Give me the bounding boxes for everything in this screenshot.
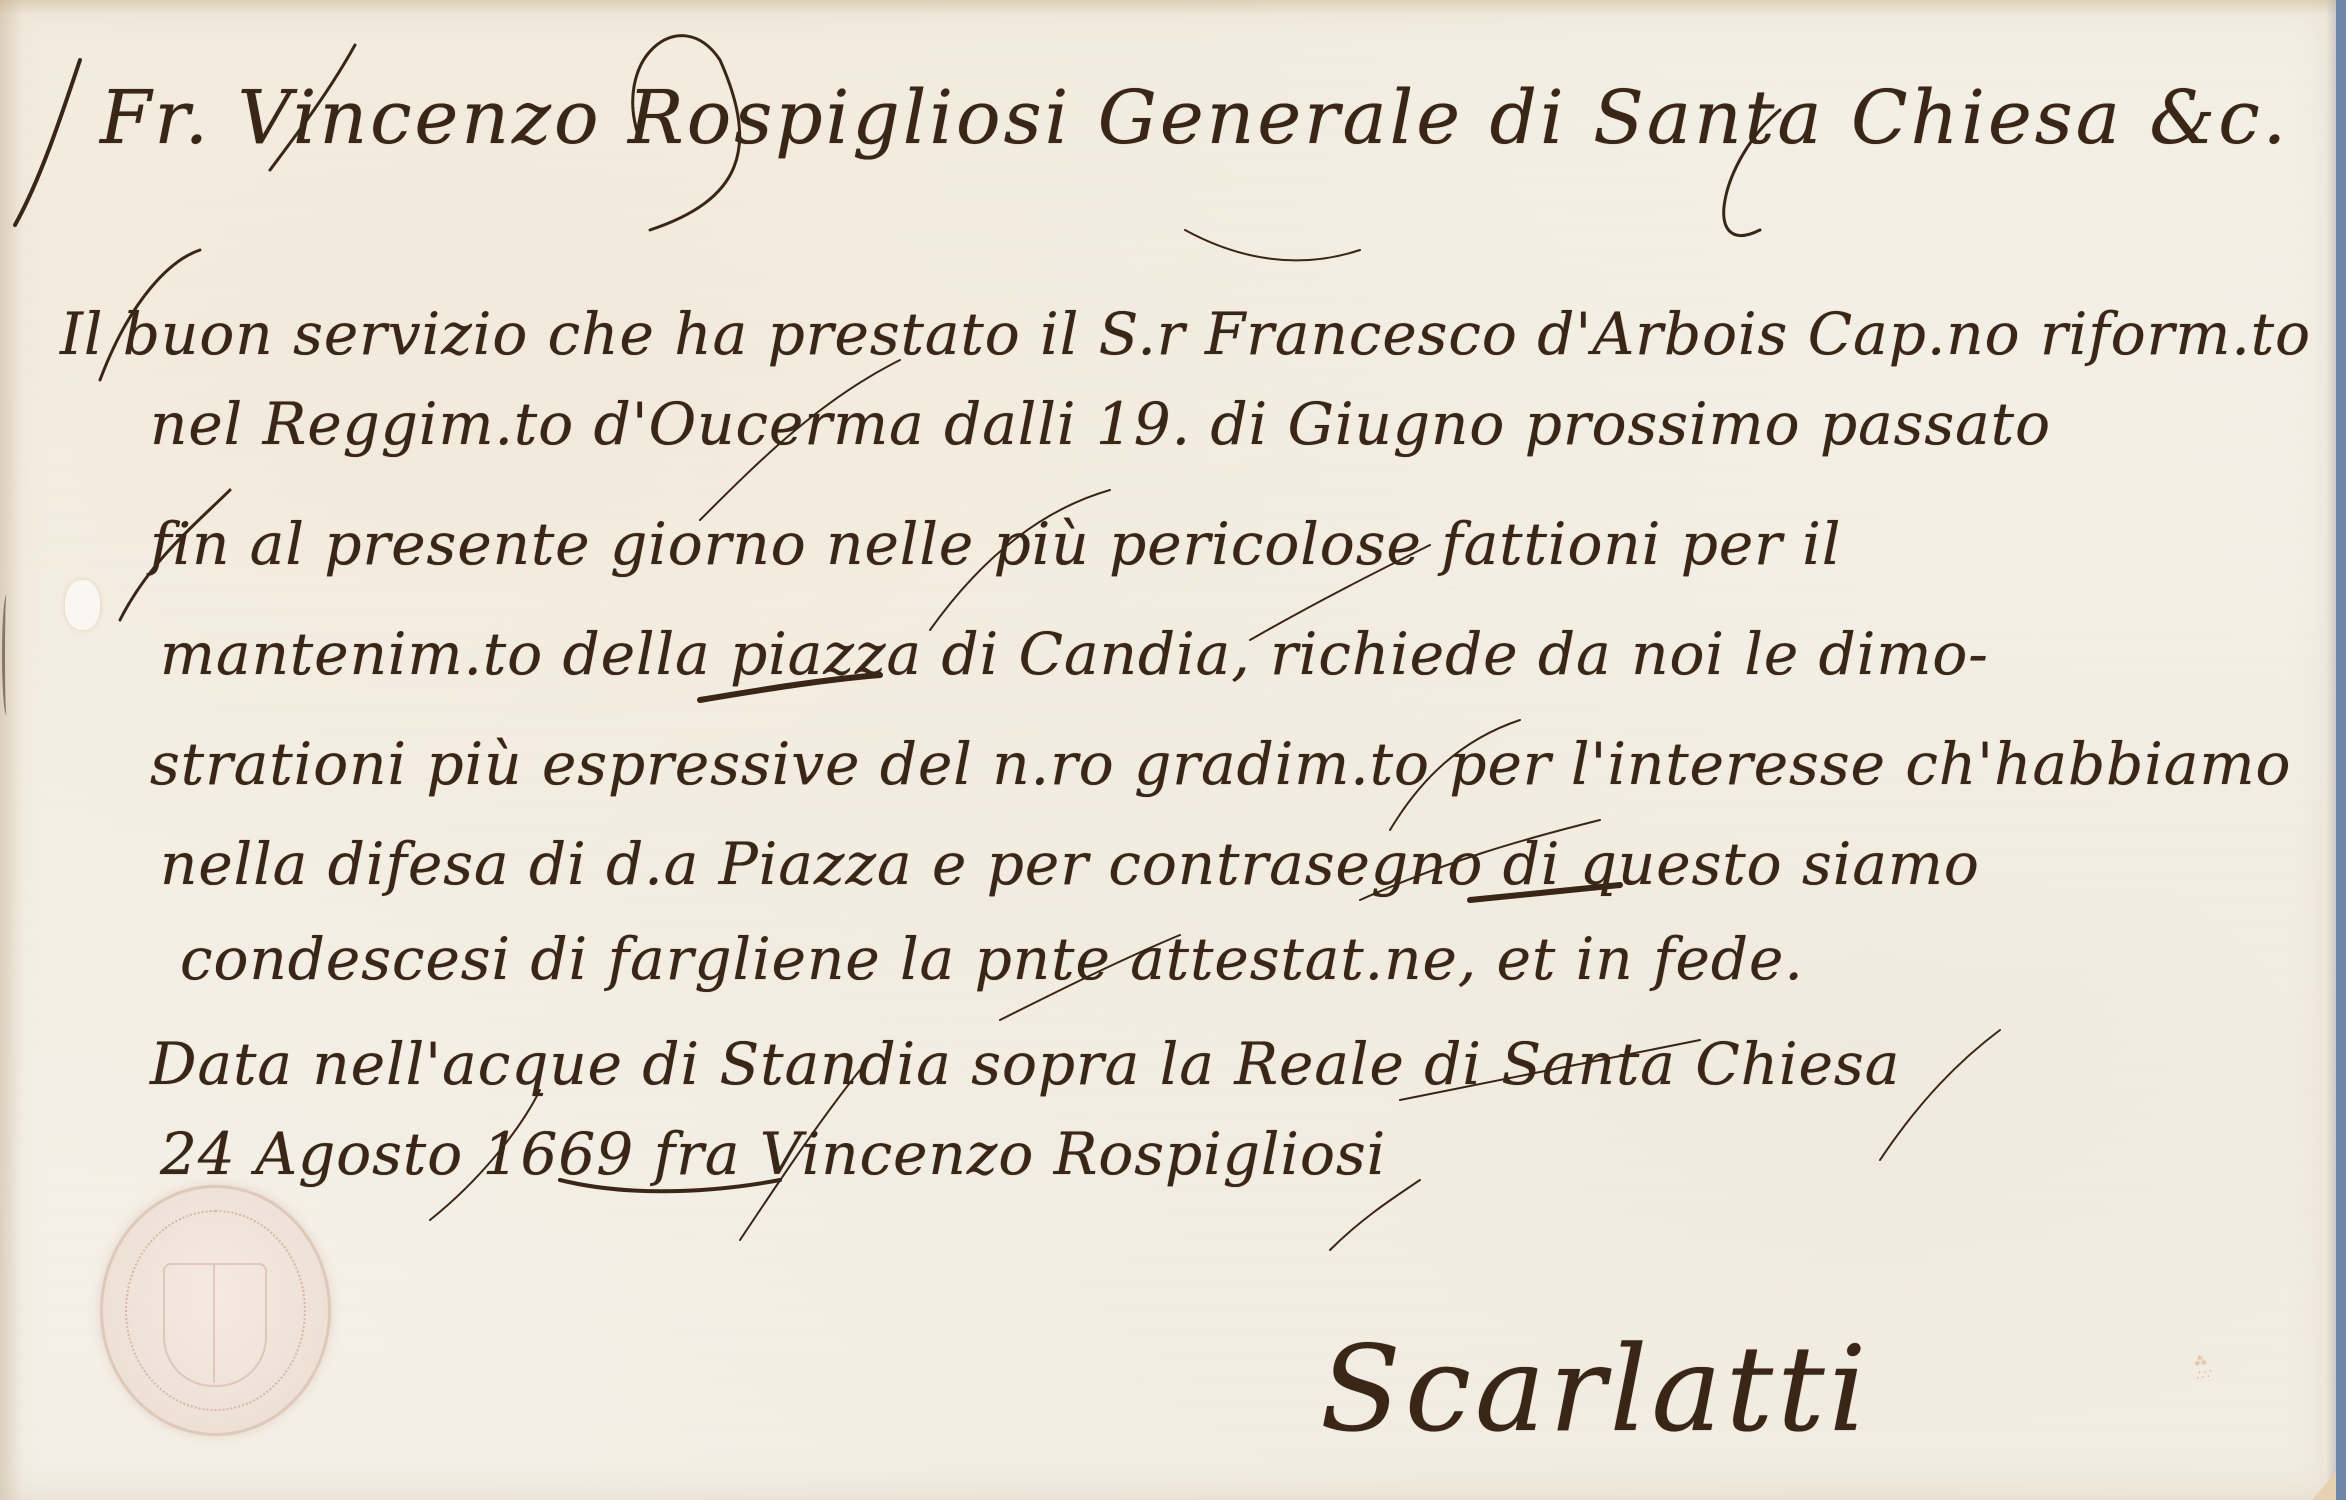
- embossed-seal-icon: [100, 1185, 331, 1436]
- paper-stain: [65, 580, 100, 630]
- paper-right-edge: [2326, 0, 2336, 1500]
- body-line-1: Il buon servizio che ha prestato il S.r …: [60, 300, 2311, 368]
- body-line-8: Data nell'acque di Standia sopra la Real…: [150, 1030, 1900, 1098]
- body-line-3: fin al presente giorno nelle più pericol…: [150, 510, 1841, 578]
- body-line-6: nella difesa di d.a Piazza e per contras…: [160, 830, 1980, 898]
- body-line-4: mantenim.to della piazza di Candia, rich…: [160, 620, 1989, 688]
- manuscript-sheet: Fr. Vincenzo Rospigliosi Generale di San…: [0, 0, 2336, 1500]
- paper-corner-fold: [2312, 1472, 2336, 1500]
- body-line-9-date-signature: 24 Agosto 1669 fra Vincenzo Rospigliosi: [160, 1120, 1386, 1188]
- body-line-7: condescesi di fargliene la pnte attestat…: [180, 925, 1804, 993]
- coat-of-arms-icon: [163, 1263, 267, 1387]
- paper-top-edge: [0, 0, 2336, 14]
- paper-left-edge: [0, 0, 22, 1500]
- letter-heading: Fr. Vincenzo Rospigliosi Generale di San…: [100, 75, 2289, 161]
- margin-ink-mark: [2, 595, 11, 715]
- body-line-5: strationi più espressive del n.ro gradim…: [150, 730, 2291, 798]
- countersignature: Scarlatti: [1320, 1320, 1870, 1458]
- archive-stamp-icon: ⁂∴∵: [2193, 1354, 2213, 1384]
- body-line-2: nel Reggim.to d'Oucerma dalli 19. di Giu…: [150, 390, 2051, 458]
